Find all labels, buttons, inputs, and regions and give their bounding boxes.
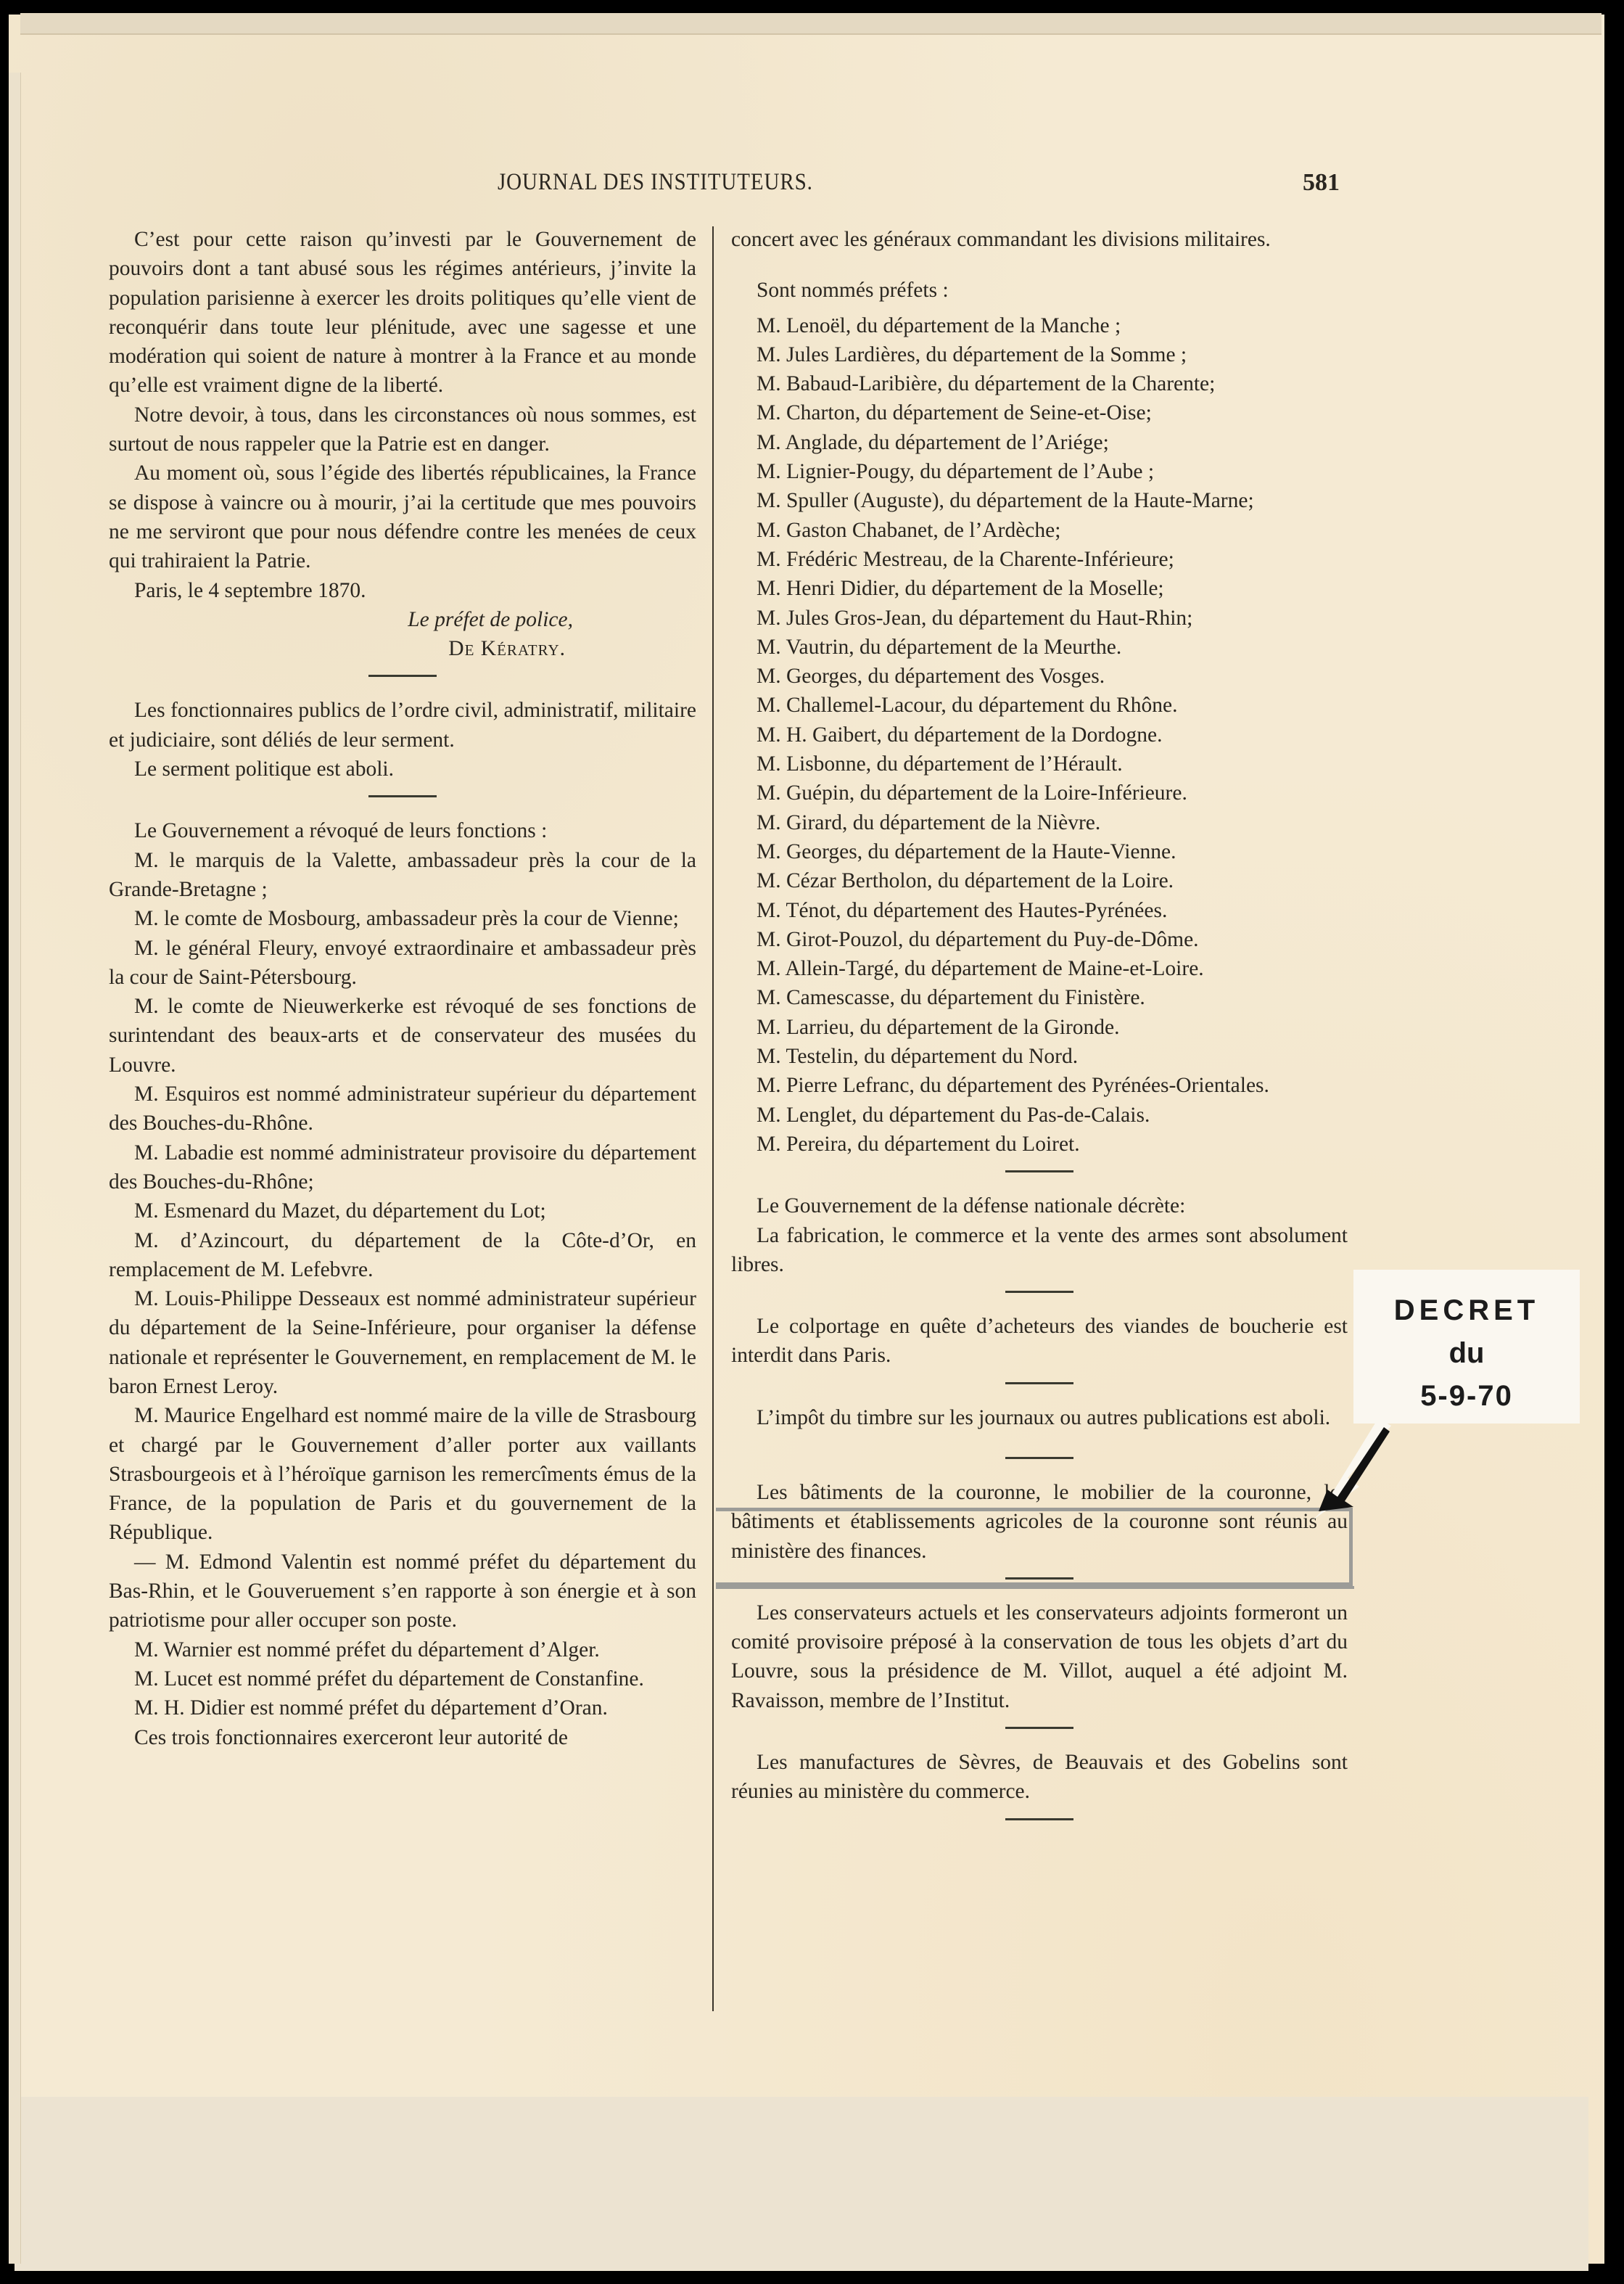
signature-name: De Kératry. <box>109 634 696 663</box>
prefet-item: M. Pereira, du département du Loiret. <box>731 1130 1348 1159</box>
list-item: Ces trois fonctionnaires exerceront leur… <box>109 1723 696 1752</box>
prefet-item: M. Georges, du département des Vosges. <box>731 662 1348 691</box>
list-item: M. Esquiros est nommé administrateur sup… <box>109 1080 696 1138</box>
paragraph: Le serment politique est aboli. <box>109 755 696 784</box>
list-item: M. le comte de Mosbourg, ambassadeur prè… <box>109 904 696 933</box>
decree-colportage: Le colportage en quête d’acheteurs des v… <box>731 1312 1348 1371</box>
prefet-item: M. Georges, du département de la Haute-V… <box>731 837 1348 866</box>
section-rule <box>1005 1457 1073 1459</box>
prefet-item: M. Jules Gros-Jean, du département du Ha… <box>731 604 1348 633</box>
torn-top-edge <box>20 13 1602 35</box>
decree-conservateurs: Les conservateurs actuels et les conserv… <box>731 1598 1348 1715</box>
section-rule <box>1005 1291 1073 1293</box>
list-item: M. le comte de Nieuwerkerke est révoqué … <box>109 992 696 1080</box>
annotation-line-2: du <box>1353 1337 1580 1370</box>
annotation-line-1: DECRET <box>1353 1294 1580 1327</box>
list-item: M. H. Didier est nommé préfet du départe… <box>109 1693 696 1722</box>
journal-title: JOURNAL DES INSTITUTEURS. <box>498 169 813 196</box>
list-item: M. Lucet est nommé préfet du département… <box>109 1664 696 1693</box>
prefet-item: M. Spuller (Auguste), du département de … <box>731 486 1348 515</box>
prefet-item: M. Lenglet, du département du Pas-de-Cal… <box>731 1101 1348 1130</box>
page-number: 581 <box>1303 169 1340 197</box>
column-divider <box>712 226 714 2011</box>
list-item: M. Maurice Engelhard est nommé maire de … <box>109 1401 696 1547</box>
prefet-item: M. Ténot, du département des Hautes-Pyré… <box>731 896 1348 925</box>
dateline: Paris, le 4 septembre 1870. <box>109 576 696 605</box>
highlight-box <box>716 1508 1353 1586</box>
prefet-item: M. Jules Lardières, du département de la… <box>731 340 1348 369</box>
paragraph: C’est pour cette raison qu’investi par l… <box>109 225 696 400</box>
list-item: M. Labadie est nommé administrateur prov… <box>109 1138 696 1197</box>
section-rule <box>1005 1382 1073 1384</box>
decree-timbre: L’impôt du timbre sur les journaux ou au… <box>731 1403 1348 1432</box>
prefet-item: M. Larrieu, du département de la Gironde… <box>731 1013 1348 1042</box>
prefet-item: M. Pierre Lefranc, du département des Py… <box>731 1071 1348 1100</box>
decree-intro: Le Gouvernement de la défense nationale … <box>731 1191 1348 1220</box>
section-rule <box>1005 1727 1073 1729</box>
annotation-line-3: 5-9-70 <box>1353 1380 1580 1413</box>
prefet-item: M. Babaud-Laribière, du département de l… <box>731 369 1348 398</box>
list-item: M. Esmenard du Mazet, du département du … <box>109 1196 696 1225</box>
paragraph: concert avec les généraux commandant les… <box>731 225 1348 254</box>
list-item: M. le marquis de la Valette, ambassadeur… <box>109 846 696 905</box>
section-rule <box>1005 1818 1073 1820</box>
prefet-item: M. Lignier-Pougy, du département de l’Au… <box>731 457 1348 486</box>
prefet-item: M. Challemel-Lacour, du département du R… <box>731 691 1348 720</box>
prefet-item: M. H. Gaibert, du département de la Dord… <box>731 720 1348 749</box>
prefet-item: M. Lenoël, du département de la Manche ; <box>731 311 1348 340</box>
page-header: JOURNAL DES INSTITUTEURS. 581 <box>0 169 1624 198</box>
prefet-item: M. Guépin, du département de la Loire-In… <box>731 779 1348 808</box>
section-rule <box>368 675 437 677</box>
decree-manufactures: Les manufactures de Sèvres, de Beauvais … <box>731 1748 1348 1807</box>
paragraph: Notre devoir, à tous, dans les circonsta… <box>109 400 696 459</box>
paragraph: Les fonctionnaires publics de l’ordre ci… <box>109 696 696 755</box>
decree-arms: La fabrication, le commerce et la vente … <box>731 1221 1348 1280</box>
right-column: concert avec les généraux commandant les… <box>731 225 1348 1839</box>
paragraph: Au moment où, sous l’égide des libertés … <box>109 459 696 575</box>
prefet-item: M. Cézar Bertholon, du département de la… <box>731 866 1348 895</box>
prefet-item: M. Allein-Targé, du département de Maine… <box>731 954 1348 983</box>
prefet-item: M. Frédéric Mestreau, de la Charente-Inf… <box>731 545 1348 574</box>
prefet-item: M. Girot-Pouzol, du département du Puy-d… <box>731 925 1348 954</box>
prefet-item: M. Girard, du département de la Nièvre. <box>731 808 1348 837</box>
prefet-item: M. Anglade, du département de l’Ariége; <box>731 428 1348 457</box>
list-item: M. Louis-Philippe Desseaux est nommé adm… <box>109 1284 696 1401</box>
prefets-heading: Sont nommés préfets : <box>731 276 1348 305</box>
left-fold-edge <box>9 73 21 2264</box>
prefet-item: M. Camescasse, du département du Finistè… <box>731 983 1348 1012</box>
arrow-pointer-icon <box>1306 1418 1407 1520</box>
annotation-label: DECRET du 5-9-70 <box>1353 1270 1580 1424</box>
paragraph: Le Gouvernement a révoqué de leurs fonct… <box>109 816 696 845</box>
list-item: M. Warnier est nommé préfet du départeme… <box>109 1635 696 1664</box>
left-column: C’est pour cette raison qu’investi par l… <box>109 225 696 1752</box>
list-item: M. le général Fleury, envoyé extraordina… <box>109 934 696 993</box>
prefet-item: M. Lisbonne, du département de l’Hérault… <box>731 749 1348 779</box>
section-rule <box>368 795 437 797</box>
list-item: M. d’Azincourt, du département de la Côt… <box>109 1226 696 1285</box>
prefet-item: M. Henri Didier, du département de la Mo… <box>731 574 1348 603</box>
prefet-item: M. Charton, du département de Seine-et-O… <box>731 398 1348 427</box>
prefet-item: M. Vautrin, du département de la Meurthe… <box>731 633 1348 662</box>
signature-role: Le préfet de police, <box>109 605 696 634</box>
prefet-item: M. Gaston Chabanet, de l’Ardèche; <box>731 516 1348 545</box>
underlying-sheet <box>15 2097 1588 2271</box>
section-rule <box>1005 1170 1073 1172</box>
list-item: — M. Edmond Valentin est nommé préfet du… <box>109 1548 696 1635</box>
prefet-item: M. Testelin, du département du Nord. <box>731 1042 1348 1071</box>
highlight-box-baseline <box>716 1586 1354 1589</box>
